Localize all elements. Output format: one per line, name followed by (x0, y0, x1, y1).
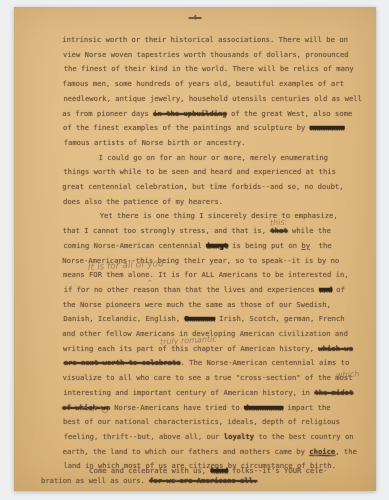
typed-line: intrinsic worth or their historical asso… (62, 35, 348, 44)
typed-line: the Norse pioneers were much the same as… (63, 300, 331, 309)
typed-text: Yet there is one thing I sincerely desir… (100, 211, 338, 220)
typed-line: needlework, antique jewelry, household u… (63, 94, 362, 103)
handwritten-annotation: ^ (147, 279, 153, 287)
typed-text: things worth while to be seen and heard … (63, 167, 336, 176)
typed-line: famous men, some hundreds of years old, … (63, 79, 344, 88)
corrected-text: Sxxxxxx (185, 314, 215, 323)
typed-text: impart the (283, 403, 331, 412)
typed-text: Danish, Icelandic, English, (63, 314, 184, 323)
typed-text: that I cannot too strongly stress, and t… (63, 226, 271, 235)
typed-line: writing each its part of this chapter of… (63, 344, 353, 353)
typed-text: while the (288, 226, 331, 235)
corrected-text: imxgt (206, 241, 228, 250)
typed-text: . The Norse-American centennial aims to (181, 358, 350, 367)
corrected-text: kind (210, 466, 227, 475)
typed-text: the (310, 241, 332, 250)
typed-text: is being put on (228, 241, 302, 250)
typed-line: that I cannot too strongly stress, and t… (63, 226, 331, 235)
typed-text: of the great West, also some (227, 109, 353, 118)
typed-text: folks--it's YOUR cele- (228, 466, 328, 475)
corrected-text: xxd (319, 285, 332, 294)
typed-text: writing each its part of this chapter of… (63, 344, 318, 353)
handwritten-annotation: ^ (172, 478, 179, 487)
corrected-text: dxxxxxxxx (244, 403, 283, 412)
typed-line: great centennial celebration, but time f… (62, 182, 343, 191)
typed-text: Norse-Americans have tried to (110, 403, 244, 412)
typed-text: great centennial celebration, but time f… (62, 182, 343, 191)
typed-line: as from pioneer days in the upbuilding o… (62, 109, 352, 118)
page-number: -4- (14, 13, 376, 22)
typed-text: the finest of their kind in the world. T… (64, 64, 354, 73)
typed-text: famous men, some hundreds of years old, … (63, 79, 344, 88)
typed-text: bration as well as ours. (41, 476, 149, 485)
typed-text: of (332, 285, 345, 294)
typed-text: as from pioneer days (62, 109, 153, 118)
typed-line: things worth while to be seen and heard … (63, 167, 336, 176)
corrected-text: that (270, 226, 287, 235)
typed-line: Danish, Icelandic, English, Sxxxxxx Iris… (63, 314, 344, 323)
handwritten-annotation: which (336, 369, 360, 379)
scan-background: { "page": { "number": "-4-", "background… (0, 0, 389, 500)
pencil-scribble (312, 451, 338, 459)
corrected-text: which we (318, 344, 353, 353)
corrected-text: xxxxxxxx (310, 123, 345, 132)
typed-text: of the finest examples of the paintings … (63, 123, 310, 132)
typed-text: Come and celebrate with us, (89, 466, 210, 475)
typed-line: Yet there is one thing I sincerely desir… (100, 211, 338, 220)
typed-text: to the best country on (254, 432, 354, 441)
typed-text: interesting and important century of Ame… (63, 388, 314, 397)
corrected-text: for we are Americans all. (149, 476, 257, 485)
typed-text: if for no other reason than that the liv… (64, 285, 319, 294)
typed-line: feeling, thrift--but, above all, our loy… (64, 432, 354, 441)
typed-line: does also the patience of my hearers. (63, 197, 223, 206)
typed-text: needlework, antique jewelry, household u… (63, 94, 362, 103)
typed-text: coming Norse-American centennial (63, 241, 206, 250)
typed-text: does also the patience of my hearers. (63, 197, 223, 206)
typed-text: Irish, Scotch, german, French (215, 314, 345, 323)
typed-text: intrinsic worth or their historical asso… (62, 35, 348, 44)
corrected-text: by (301, 241, 310, 250)
typed-text: visualize to all who care to see a true … (63, 373, 353, 382)
corrected-text: loyalty (224, 432, 254, 441)
corrected-text: the midst (314, 388, 353, 397)
typed-text: earth, the land to which our fathers and… (63, 447, 310, 456)
typed-text: the Norse pioneers were much the same as… (63, 300, 331, 309)
typed-line: I could go on for an hour or more, merel… (99, 153, 328, 162)
typed-line: famous artists of Norse birth or ancestr… (64, 138, 246, 147)
typed-line: the finest of their kind in the world. T… (64, 64, 354, 73)
typed-text: famous artists of Norse birth or ancestr… (64, 138, 246, 147)
typed-text: I could go on for an hour or more, merel… (99, 153, 328, 162)
typed-line: if for no other reason than that the liv… (64, 285, 345, 294)
typed-line: bration as well as ours. for we are Amer… (41, 476, 257, 485)
manuscript-page: -4- intrinsic worth or their historical … (14, 7, 376, 491)
typed-line: best of our national characteristics, id… (63, 417, 340, 426)
handwritten-annotation: this: (270, 218, 288, 228)
typed-line: Come and celebrate with us, kind folks--… (89, 466, 327, 475)
typed-text: , the (335, 447, 357, 456)
typed-line: coming Norse-American centennial imxgt i… (63, 241, 331, 250)
corrected-text: in the upbuilding (153, 109, 227, 118)
typed-line: of the finest examples of the paintings … (63, 123, 344, 132)
typed-text: feeling, thrift--but, above all, our (64, 432, 224, 441)
typed-line: view Norse woven tapestries worth thousa… (63, 50, 349, 59)
typed-text: best of our national characteristics, id… (63, 417, 340, 426)
typed-line: are next worth to celebrate. The Norse-A… (64, 358, 350, 367)
pencil-scribble (80, 404, 110, 414)
handwritten-annotation: ^ (195, 340, 201, 348)
typed-text: view Norse woven tapestries worth thousa… (63, 50, 349, 59)
typed-line: interesting and important century of Ame… (63, 388, 353, 397)
corrected-text: are next worth to celebrate (64, 358, 181, 367)
typed-line: visualize to all who care to see a true … (63, 373, 353, 382)
